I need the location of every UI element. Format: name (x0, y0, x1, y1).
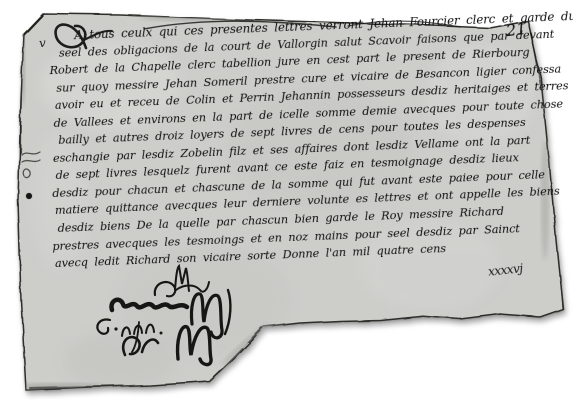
scanned-manuscript: A tous ceulx qui ces presentes lettres v… (0, 0, 573, 410)
folio-number: 21 (505, 19, 528, 40)
initial-letter-flourish (48, 12, 478, 60)
margin-scribble (19, 148, 45, 184)
margin-dot (26, 193, 32, 199)
margin-check-mark: v (38, 36, 46, 51)
notary-signature-flourish (92, 262, 242, 367)
